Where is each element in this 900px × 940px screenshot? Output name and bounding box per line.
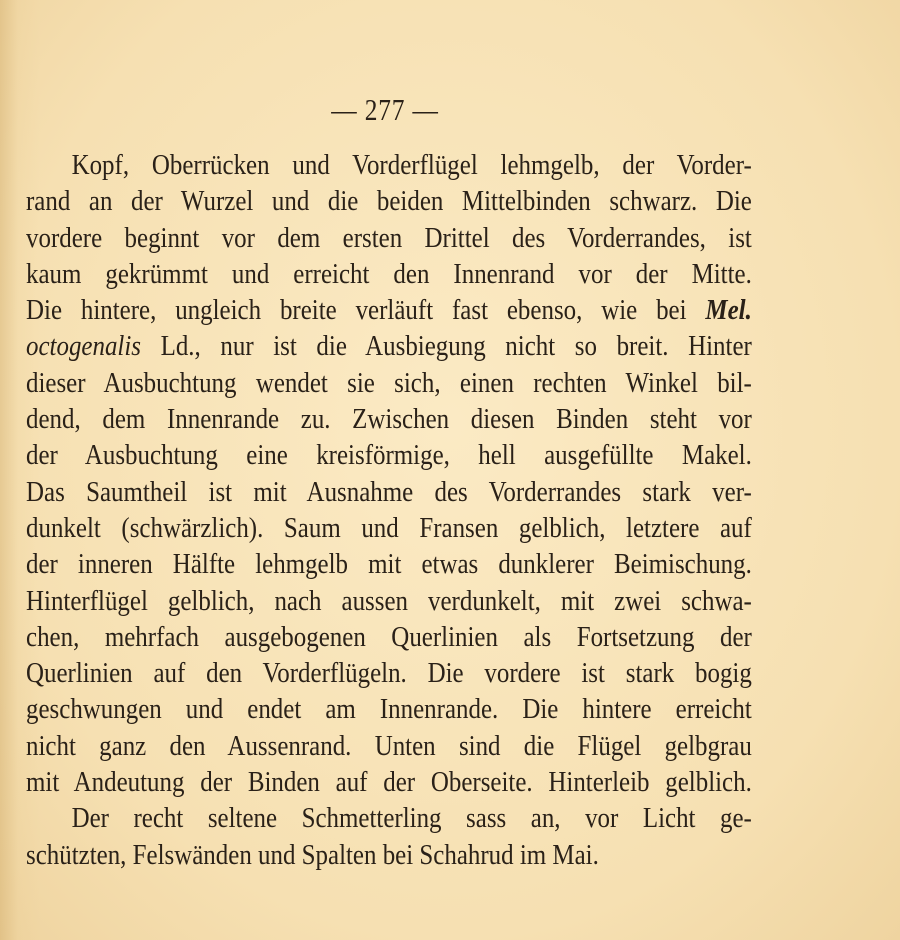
species-epithet: octogenalis	[26, 330, 141, 362]
text-line: der Ausbuchtung eine kreisförmige, hell …	[26, 437, 752, 473]
book-page: — 277 — Kopf, Oberrücken und Vorderflüge…	[0, 0, 900, 940]
text-line: Das Saumtheil ist mit Ausnahme des Vorde…	[26, 474, 752, 510]
text-line: Der recht seltene Schmetterling sass an,…	[26, 800, 752, 836]
text-line: dieser Ausbuchtung wendet sie sich, eine…	[26, 365, 752, 401]
text-line: mit Andeutung der Binden auf der Obersei…	[26, 764, 752, 800]
text-line: rand an der Wurzel und die beiden Mittel…	[26, 183, 752, 219]
page-number: — 277 —	[69, 92, 700, 128]
text-line: dend, dem Innenrande zu. Zwischen diesen…	[26, 401, 752, 437]
text-line: Die hintere, ungleich breite verläuft fa…	[26, 292, 752, 328]
text-line: chen, mehrfach ausgebogenen Querlinien a…	[26, 619, 752, 655]
text-line: kaum gekrümmt und erreicht den Innenrand…	[26, 256, 752, 292]
text-run: Die hintere, ungleich breite verläuft fa…	[26, 294, 705, 326]
text-run: Ld., nur ist die Ausbiegung nicht so bre…	[141, 330, 752, 362]
text-line: vordere beginnt vor dem ersten Drittel d…	[26, 220, 752, 256]
text-line: Kopf, Oberrücken und Vorderflügel lehmge…	[26, 147, 752, 183]
species-genus-abbrev: Mel.	[705, 294, 751, 326]
text-line: der inneren Hälfte lehmgelb mit etwas du…	[26, 546, 752, 582]
text-line: Querlinien auf den Vorderflügeln. Die vo…	[26, 655, 752, 691]
text-line: dunkelt (schwärzlich). Saum und Fransen …	[26, 510, 752, 546]
body-text: Kopf, Oberrücken und Vorderflügel lehmge…	[26, 147, 752, 873]
text-line: nicht ganz den Aussenrand. Unten sind di…	[26, 728, 752, 764]
text-line: octogenalis Ld., nur ist die Ausbiegung …	[26, 328, 752, 364]
text-line: schützten, Felswänden und Spalten bei Sc…	[26, 837, 752, 873]
text-line: Hinterflügel gelblich, nach aussen verdu…	[26, 583, 752, 619]
text-line: geschwungen und endet am Innenrande. Die…	[26, 691, 752, 727]
